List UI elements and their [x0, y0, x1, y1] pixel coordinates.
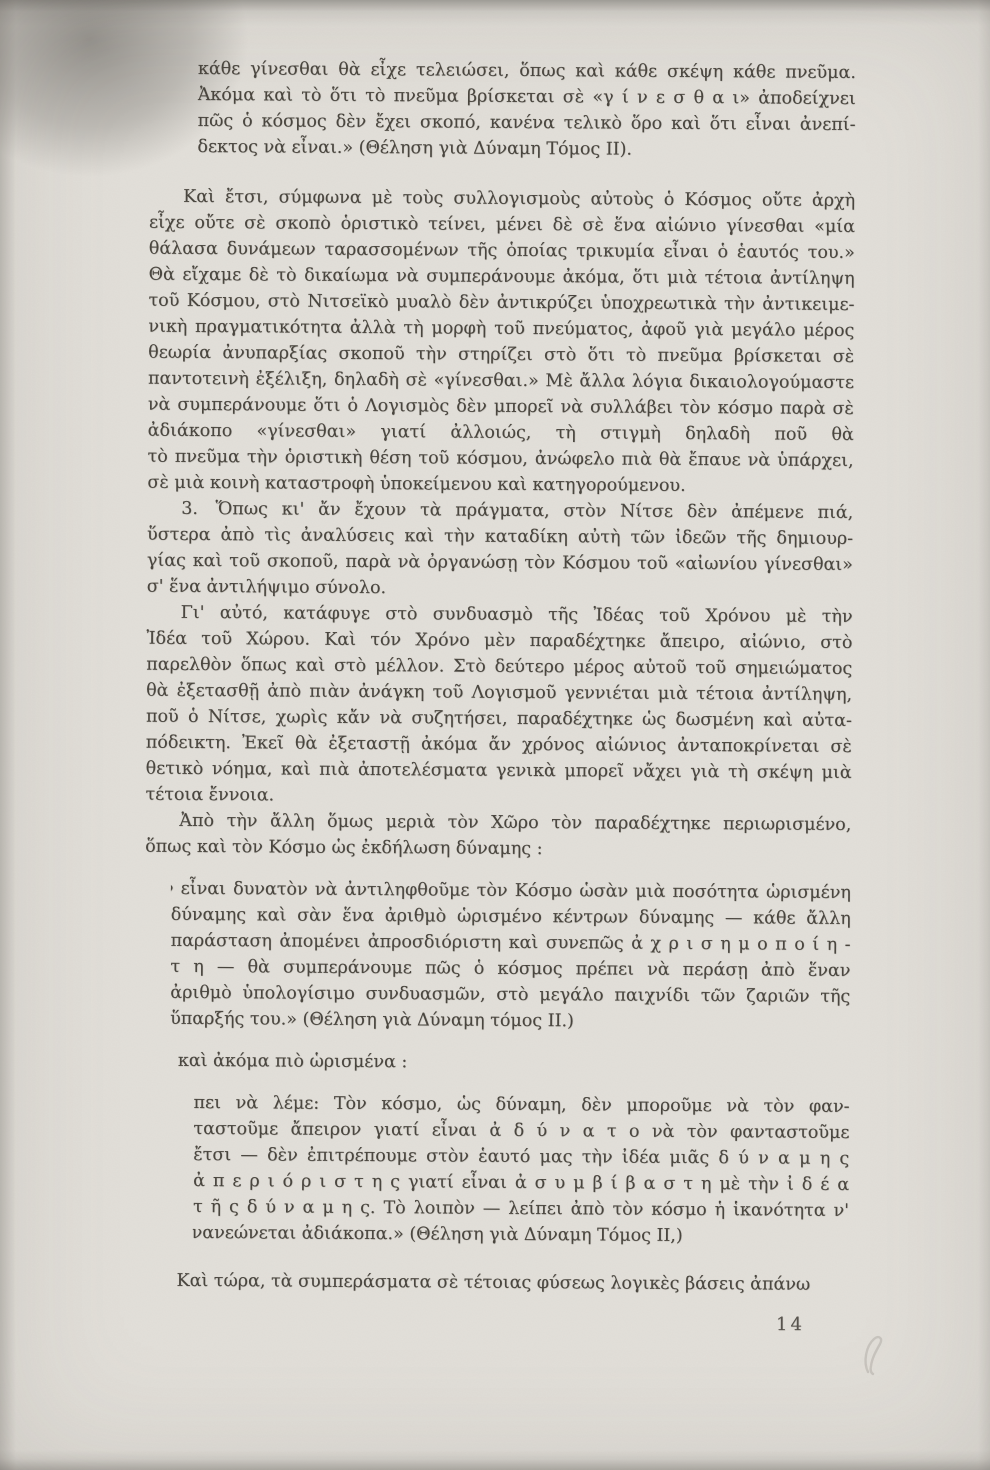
scan-shadow-right-edge [978, 0, 990, 1470]
text-line: ν' ἀνανεώνεται ἀδιάκοπα.» (Θέληση γιὰ Δύ… [193, 1220, 849, 1250]
scan-shadow-left-edge [0, 0, 16, 1470]
text-block: κάθε γίνεσθαι θὰ εἶχε τελειώσει, ὅπως κα… [142, 56, 856, 1298]
paragraph-1: Καὶ ἔτσι, σύμφωνα μὲ τοὺς συλλογισμοὺς α… [147, 184, 855, 500]
text-line: κάθε γίνεσθαι θὰ εἶχε τελειώσει, ὅπως κα… [198, 56, 856, 86]
paragraph-3: Γι' αὐτό, κατάφυγε στὸ συνδυασμὸ τῆς Ἰδέ… [145, 600, 852, 812]
text-line: τ η — θὰ συμπεράνουμε πῶς ὁ κόσμος πρέπε… [170, 954, 850, 984]
text-line: Ἀκόμα καὶ τὸ ὅτι τὸ πνεῦμα βρίσκεται σὲ … [198, 82, 856, 112]
text-line: ὕπαρξής του.» (Θέληση γιὰ Δύναμη τόμος I… [170, 1006, 850, 1036]
text-line: πῶς ὁ κόσμος δὲν ἔχει σκοπό, κανένα τελι… [198, 108, 856, 138]
text-line: παράσταση ἀπομένει ἀπροσδιόριστη καὶ συν… [171, 928, 851, 958]
text-line: Καὶ τώρα, τὰ συμπεράσματα σὲ τέτοιας φύσ… [142, 1268, 848, 1298]
continued-quote: κάθε γίνεσθαι θὰ εἶχε τελειώσει, ὅπως κα… [197, 56, 856, 164]
blockquote-2: « Πρέπει νὰ λέμε: Τὸν κόσμο, ὡς δύναμη, … [143, 1090, 850, 1250]
text-line: τ ῆ ς δ ύ ν α μ η ς. Τὸ λοιπὸν — λείπει … [193, 1194, 849, 1224]
closing-paragraph: Καὶ τώρα, τὰ συμπεράσματα σὲ τέτοιας φύσ… [142, 1268, 848, 1298]
paragraph-4: Ἀπὸ τὴν ἄλλη ὅμως μεριὰ τὸν Χῶρο τὸν παρ… [145, 808, 851, 864]
text-line: ταστοῦμε ἄπειρον γιατί εἶναι ἀ δ ύ ν α τ… [193, 1116, 849, 1146]
blockquote-1: «Ἂν εἶναι δυνατὸν νὰ ἀντιληφθοῦμε τὸν Κό… [144, 876, 851, 1036]
text-line: ἀ π ε ρ ι ό ρ ι σ τ η ς γιατί εἶναι ἀ σ … [193, 1168, 849, 1198]
scan-shadow-top-edge [0, 0, 990, 26]
scan-shadow-bottom-edge [0, 1450, 990, 1470]
lead-in: καὶ ἀκόμα πιὸ ὡρισμένα : [144, 1048, 850, 1078]
page-number: 14 [776, 1314, 805, 1335]
paragraph-2: 3. Ὅπως κι' ἄν ἔχουν τὰ πράγματα, στὸν Ν… [147, 496, 854, 604]
text-line: δεκτος νὰ εἶναι.» (Θέληση γιὰ Δύναμη Τόμ… [197, 134, 855, 164]
text-line: ἀριθμὸ ὑπολογίσιμο συνδυασμῶν, στὸ μεγάλ… [170, 980, 850, 1010]
text-line: ὅπως καὶ τὸν Κόσμο ὡς ἐκδήλωση δύναμης : [145, 834, 851, 864]
text-line: δύναμης καὶ σὰν ἕνα ἀριθμὸ ὡρισμένο κέντ… [171, 902, 851, 932]
text-line: «Ἂν εἶναι δυνατὸν νὰ ἀντιληφθοῦμε τὸν Κό… [171, 876, 851, 906]
pencil-mark [860, 1334, 894, 1378]
text-line: καὶ ἀκόμα πιὸ ὡρισμένα : [144, 1048, 850, 1078]
book-page-scan: κάθε γίνεσθαι θὰ εἶχε τελειώσει, ὅπως κα… [0, 0, 990, 1470]
text-line: « Πρέπει νὰ λέμε: Τὸν κόσμο, ὡς δύναμη, … [194, 1090, 850, 1120]
text-line: ἔτσι — δὲν ἐπιτρέπουμε στὸν ἑαυτό μας τὴ… [193, 1142, 849, 1172]
